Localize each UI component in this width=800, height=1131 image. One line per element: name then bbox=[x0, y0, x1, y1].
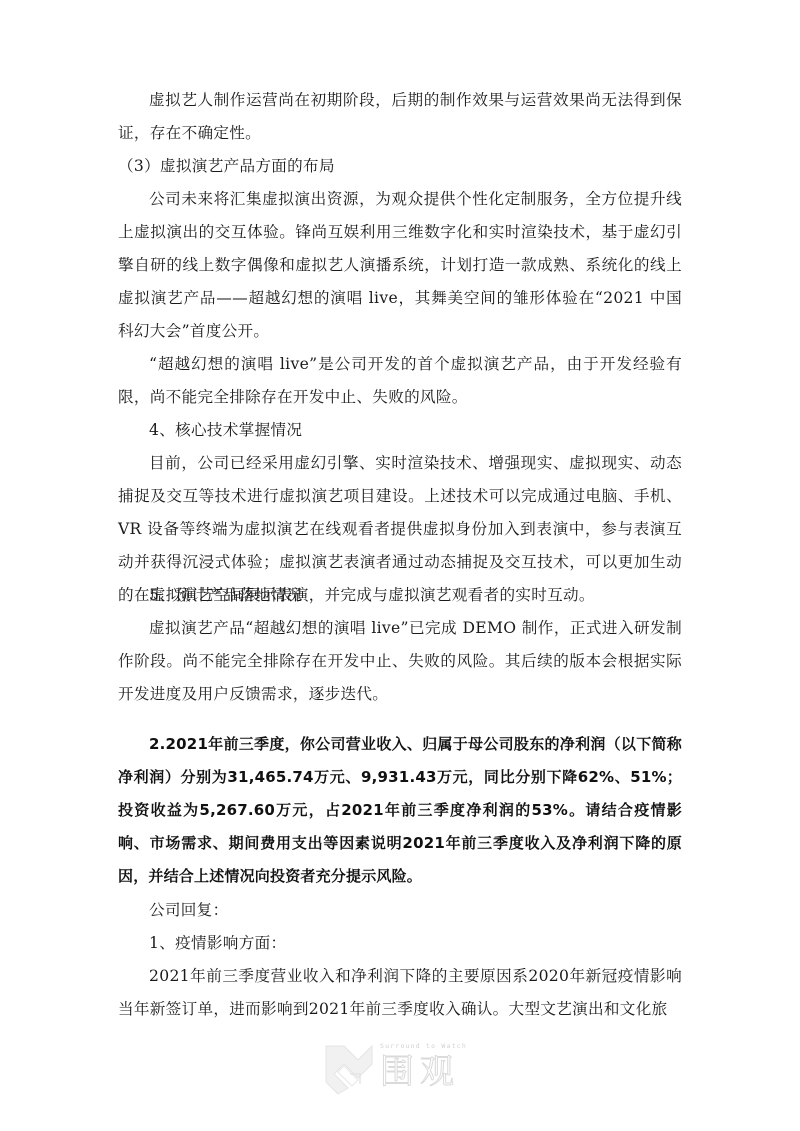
document-page: 虚拟艺人制作运营尚在初期阶段，后期的制作效果与运营效果尚无法得到保证，存在不确定… bbox=[0, 0, 800, 1131]
paragraph-virtual-artist-risk: 虚拟艺人制作运营尚在初期阶段，后期的制作效果与运营效果尚无法得到保证，存在不确定… bbox=[118, 84, 682, 150]
heading-virtual-performance-layout: （3）虚拟演艺产品方面的布局 bbox=[118, 150, 682, 183]
question-2-revenue-decline: 2.2021年前三季度，你公司营业收入、归属于母公司股东的净利润（以下简称净利润… bbox=[118, 728, 682, 893]
paragraph-product-launch: 虚拟演艺产品“超越幻想的演唱 live”已完成 DEMO 制作，正式进入研发制作… bbox=[118, 612, 682, 711]
heading-product-launch: 5、预计产品落地情况 bbox=[118, 579, 682, 612]
paragraph-pandemic-impact: 2021年前三季度营业收入和净利润下降的主要原因系2020年新冠疫情影响当年新签… bbox=[118, 960, 682, 1026]
surround-logo-icon bbox=[324, 1044, 374, 1096]
heading-pandemic-impact: 1、疫情影响方面： bbox=[118, 927, 682, 960]
heading-core-technology: 4、核心技术掌握情况 bbox=[118, 414, 682, 447]
watermark-text: 围观 bbox=[380, 1052, 460, 1092]
label-company-reply: 公司回复： bbox=[118, 894, 682, 927]
paragraph-product-risk: “超越幻想的演唱 live”是公司开发的首个虚拟演艺产品，由于开发经验有限，尚不… bbox=[118, 348, 682, 414]
watermark: Surround to Watch 围观 bbox=[324, 1042, 484, 1102]
watermark-caption: Surround to Watch bbox=[380, 1042, 467, 1050]
paragraph-future-plan: 公司未来将汇集虚拟演出资源，为观众提供个性化定制服务，全方位提升线上虚拟演出的交… bbox=[118, 183, 682, 348]
